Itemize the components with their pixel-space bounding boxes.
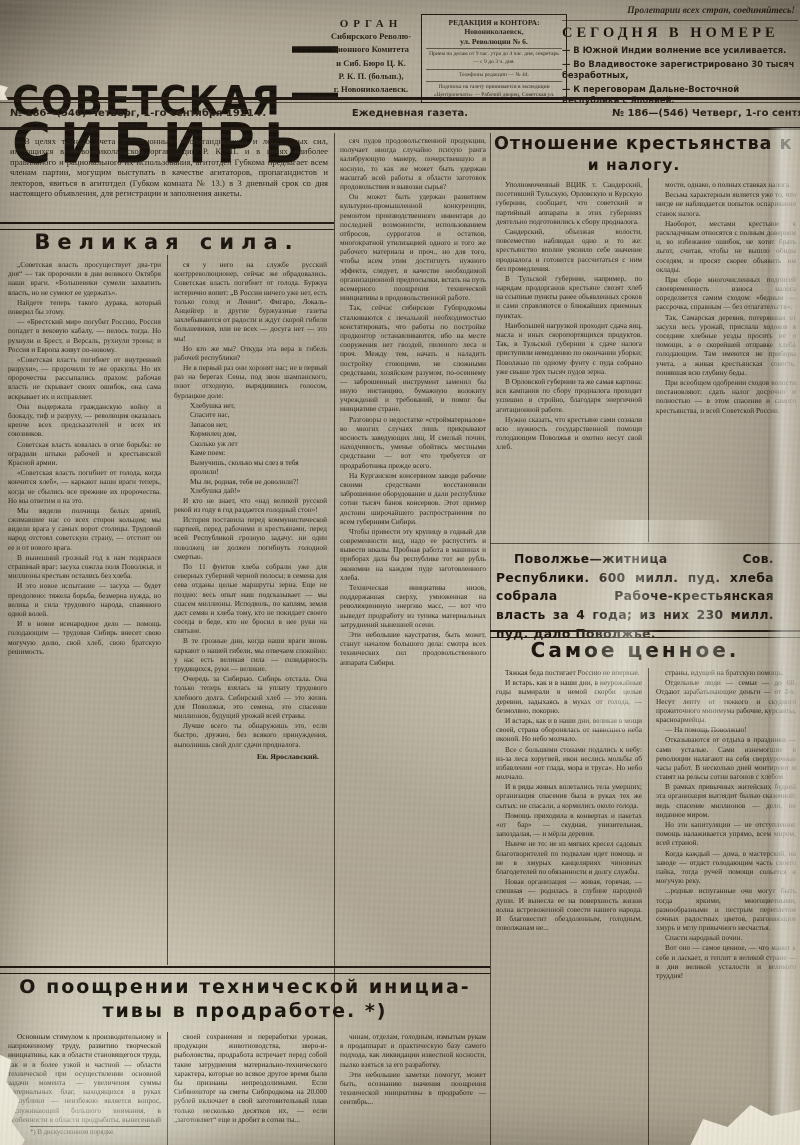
headline-otnoshenie-line1: Отношение крестьянства к голоду: [494, 134, 800, 154]
poem-line: Запасов нет,: [174, 420, 327, 429]
body-paragraph: Разговоры о недостатке «стройматериалов»…: [340, 415, 486, 470]
velikaya-col2a-paragraphs: ся у него на службе русский контрреволюц…: [174, 260, 327, 400]
otnoshenie-col1-paragraphs: Уполномоченный ВЦИК т. Сандерский, посет…: [496, 180, 642, 451]
today-title: СЕГОДНЯ В НОМЕРЕ: [562, 25, 798, 42]
poem-line: Мы ли, родная, тебя не доволили?!: [174, 477, 327, 486]
rule-header-thin: [0, 102, 800, 103]
velikaya-col2b-paragraphs: И кто не знает, что «над великой русской…: [174, 496, 327, 749]
body-paragraph: Лучше всего ты обнаружишь это, если быст…: [174, 721, 327, 749]
body-paragraph: — «Брестский мир» погубит Россию, Россия…: [8, 317, 161, 354]
office-detail-line: Прием по делам от 9 час. утра до 4 час. …: [426, 48, 562, 66]
body-paragraph: Мы видели полчища белых армий, сжимавшие…: [8, 506, 161, 552]
body-paragraph: Она выдержала гражданскую войну и блокад…: [8, 402, 161, 439]
rule-announcement: [0, 222, 334, 230]
pooshchrenie-col1-paragraphs: Основным стимулом к производительному и …: [8, 1032, 161, 1124]
poem-line: Сколько уж лет: [174, 439, 327, 448]
body-paragraph: История поставила перед комму­нистическо…: [174, 515, 327, 561]
body-paragraph: В рамках привычных житейских будней эта …: [656, 782, 796, 819]
divider-left-cols: [167, 255, 168, 965]
samoe-col1: Тяжкая беда постигает Россию не впервые.…: [496, 668, 642, 1145]
office-line2: ул. Революции № 6.: [426, 37, 562, 46]
headline-otnoshenie-line2: и налогу.: [494, 156, 774, 174]
body-paragraph: Найдете теперь такого дурака, который по…: [8, 298, 161, 316]
body-paragraph: ...родные испуганные очи могут быть тогд…: [656, 886, 796, 932]
body-paragraph: Отказываются от отдыха в праздники — сам…: [656, 735, 796, 781]
headline-pooshchrenie-line1: О поощрении технической инициа-: [0, 976, 490, 998]
pooshchrenie-col2: своей сохранения и переработки урожая, п…: [174, 1032, 327, 1145]
body-paragraph: Эти небольшие каустратия, быть может, ст…: [340, 630, 486, 667]
body-paragraph: И кто не знает, что «над великой русской…: [174, 496, 327, 514]
body-paragraph: сяч пудов продовольственной продукции, п…: [340, 136, 486, 191]
headline-velikaya-sila: Великая сила.: [0, 230, 334, 254]
body-paragraph: страны, идущей на братскую помощь.: [656, 668, 796, 677]
samoe-col2: страны, идущей на братскую помощь.Отдель…: [656, 668, 796, 1145]
divider-samoe-cols: [648, 668, 649, 1145]
body-paragraph: Нынче не то: не из мягких кресел садовых…: [496, 839, 642, 876]
otnoshenie-col1: Уполномоченный ВЦИК т. Сандерский, посет…: [496, 180, 642, 540]
organ-block: ОРГАН Сибирского Револю-ционного Комитет…: [326, 18, 416, 97]
body-paragraph: Чтобы привести эту крупицу в годный для …: [340, 527, 486, 582]
body-paragraph: Сандерский, объезжая волости, повсеместн…: [496, 227, 642, 273]
body-paragraph: своей сохранения и переработки урожая, п…: [174, 1032, 327, 1124]
dateline-left: № 186—(546) Четверг, 1-го сентября 1921 …: [10, 108, 266, 119]
body-paragraph: Нужно сказать, что крестьяне сами сознал…: [496, 415, 642, 452]
body-paragraph: Но кто же мы? Откуда эта вера в гибель р…: [174, 344, 327, 362]
body-paragraph: „Советская власть просуществует два-три …: [8, 260, 161, 297]
velikaya-col1-paragraphs: „Советская власть просуществует два-три …: [8, 260, 161, 656]
organ-line: и Сиб. Бюро Ц. К.: [326, 57, 416, 70]
pooshchrenie-col2-paragraphs: своей сохранения и переработки урожая, п…: [174, 1032, 327, 1124]
today-item: — Во Владивостоке зарегистрировано 30 ты…: [562, 59, 798, 81]
slogan: Пролетарии всех стран, соединяйтесь!: [600, 6, 795, 16]
poem-line: Кормилец дом,: [174, 429, 327, 438]
body-paragraph: Отдельные люди — семьи — до 60. Отдают з…: [656, 678, 796, 724]
organ-lines: Сибирского Револю-ционного Комитетаи Сиб…: [326, 30, 416, 97]
pooshchrenie-col3-paragraphs: чинам, отделам, голодным, измытым рукам …: [340, 1032, 486, 1107]
body-paragraph: При сборе многочисленных подписей своевр…: [656, 275, 796, 312]
divider-otnoshenie-cols: [648, 178, 649, 542]
dateline-center: Ежедневная газета.: [330, 108, 490, 119]
middle-column-paragraphs: сяч пудов продовольственной продукции, п…: [340, 136, 486, 667]
today-item: — В Южной Индии волнение все усиливается…: [562, 45, 798, 56]
body-paragraph: «Советская власть погибнет от голода, ко…: [8, 468, 161, 505]
poem-line: Каме поем:: [174, 448, 327, 457]
body-paragraph: В Орловской губернии та же самая картина…: [496, 377, 642, 414]
article-velikaya-col2: ся у него на службе русский контрреволюц…: [174, 260, 327, 966]
body-paragraph: Новая организация — живая, горячая, — сп…: [496, 877, 642, 932]
office-details: Прием по делам от 9 час. утра до 4 час. …: [426, 48, 562, 99]
samoe-col1-paragraphs: Тяжкая беда постигает Россию не впервые.…: [496, 668, 642, 932]
organ-line: Р. К. П. (больш.),: [326, 70, 416, 83]
body-paragraph: Тяжкая беда постигает Россию не впервые.: [496, 668, 642, 677]
body-paragraph: Весьма характерным является уже то, что …: [656, 190, 796, 218]
body-paragraph: И встарь, как и в наши дни, великая в мо…: [496, 716, 642, 744]
body-paragraph: Очередь за Сибирью. Сибирь отстала. Она …: [174, 674, 327, 720]
pooshchrenie-col1: Основным стимулом к производительному и …: [8, 1032, 161, 1124]
body-paragraph: Так, сейчас сибирские Губпродкомы сталки…: [340, 303, 486, 413]
body-paragraph: Советская власть ковалась в огне борьбы:…: [8, 440, 161, 468]
poem-line: Хлебушка нет,: [174, 401, 327, 410]
body-paragraph: Когда каждый — дома, в мастерской, на за…: [656, 849, 796, 886]
pooshchrenie-col3: чинам, отделам, голодным, измытым рукам …: [340, 1032, 486, 1145]
organ-title: ОРГАН: [326, 18, 416, 30]
rule-dateline-bottom: [0, 127, 800, 130]
body-paragraph: Но эти капитуляции — не отступ­ления: по…: [656, 820, 796, 848]
body-paragraph: «Советская власть погибнет от внутренней…: [8, 355, 161, 401]
office-box: РЕДАКЦИЯ и КОНТОРА: Новониколаевск, ул. …: [421, 14, 567, 103]
body-paragraph: И это новое испытание — засуха — будет п…: [8, 581, 161, 618]
headline-samoe-tsennoe: Самое ценное.: [490, 638, 780, 662]
rule-header-top: [0, 97, 800, 100]
divider-bottom-cols-1: [167, 1032, 168, 1145]
announcement: В целях точного учета агитационных, проп…: [10, 136, 328, 222]
office-line1: РЕДАКЦИЯ и КОНТОРА: Новониколаевск,: [426, 18, 562, 37]
body-paragraph: ся у него на службе русский контрреволюц…: [174, 260, 327, 343]
body-paragraph: Спасти народный почин.: [656, 933, 796, 942]
body-paragraph: На Курганском консервном заводе рабочие …: [340, 471, 486, 526]
body-paragraph: Он может быть удержан развитием культурн…: [340, 192, 486, 302]
article-signature: Ев. Ярославский.: [174, 752, 327, 761]
body-paragraph: Так, Самарская деревня, потерявшая от за…: [656, 313, 796, 377]
today-block: СЕГОДНЯ В НОМЕРЕ — В Южной Индии волнени…: [562, 25, 798, 106]
office-detail-line: Телефоны редакции — № 44.: [426, 69, 562, 80]
body-paragraph: Не в первый раз они хоронят нас; не в пе…: [174, 363, 327, 400]
article-velikaya-col1: „Советская власть просуществует два-три …: [8, 260, 161, 966]
article-footnote: *) В дискуссионном порядке.: [30, 1126, 150, 1136]
rule-callout-top: [490, 543, 800, 544]
dateline-right: № 186—(546) Четверг, 1-го сентября 1921 …: [612, 108, 800, 119]
body-paragraph: В Тульской губернии, например, по наряда…: [496, 274, 642, 320]
body-paragraph: Основным стимулом к производительному и …: [8, 1032, 161, 1124]
body-paragraph: Наоборот, местами крестьяне к раскладчик…: [656, 219, 796, 274]
body-paragraph: Техническая инициатива низов, поддержанн…: [340, 583, 486, 629]
poem-line: Хлебушка дай!»: [174, 486, 327, 495]
poem-line: Вымучишь, сколько мы слез в тебя пролили…: [174, 458, 327, 477]
body-paragraph: Вот оно — самое ценное, — что манит к се…: [656, 943, 796, 980]
body-paragraph: чинам, отделам, голодным, измытым рукам …: [340, 1032, 486, 1069]
body-paragraph: Помощь приходила в конвертах и пакетах «…: [496, 811, 642, 839]
velikaya-poem: Хлебушка нет,Спасите нас,Запасов нет,Кор…: [174, 401, 327, 496]
rule-pooshchrenie: [0, 966, 490, 974]
otnoshenie-col2-paragraphs: мости, однако, о полных ставках налога.В…: [656, 180, 796, 415]
body-paragraph: Эти небольшие заметки помогут, может быт…: [340, 1070, 486, 1107]
poem-line: Спасите нас,: [174, 410, 327, 419]
rule-callout-bottom: [490, 630, 800, 638]
body-paragraph: В нынешний грозный год к нам подкрался с…: [8, 553, 161, 581]
body-paragraph: И в ряды живых вплетались тела умерших; …: [496, 782, 642, 810]
body-paragraph: Наибольшей нагрузкой проходит сдача яиц,…: [496, 321, 642, 376]
body-paragraph: При всеобщем одобрении сходов волости по…: [656, 378, 796, 415]
slogan-divider: [562, 20, 798, 21]
samoe-col2-paragraphs: страны, идущей на братскую помощь.Отдель…: [656, 668, 796, 980]
body-paragraph: Все с большими стонами подались к небу: …: [496, 745, 642, 782]
body-paragraph: В те грозные дни, когда наши враги вновь…: [174, 636, 327, 673]
middle-column: сяч пудов продовольственной продукции, п…: [340, 136, 486, 964]
body-paragraph: И встарь, как и в наши дни, в неурожайны…: [496, 678, 642, 715]
headline-pooshchrenie-line2: тивы в продработе. *): [0, 1000, 490, 1022]
organ-line: ционного Комитета: [326, 43, 416, 56]
newspaper-page: СОВЕТСКАЯ СИБИРЬ ОРГАН Сибирского Револю…: [0, 0, 800, 1145]
body-paragraph: мости, однако, о полных ставках налога.: [656, 180, 796, 189]
organ-line: Сибирского Револю-: [326, 30, 416, 43]
otnoshenie-col2: мости, однако, о полных ставках налога.В…: [656, 180, 796, 540]
organ-line: г. Новониколаевск.: [326, 83, 416, 96]
body-paragraph: И в новое всенародное дело — помощь голо…: [8, 619, 161, 656]
body-paragraph: По 11 фунтов хлеба собрали уже для север…: [174, 562, 327, 636]
body-paragraph: — На помощь Поволжью!: [656, 725, 796, 734]
body-paragraph: Уполномоченный ВЦИК т. Сандерский, посет…: [496, 180, 642, 226]
